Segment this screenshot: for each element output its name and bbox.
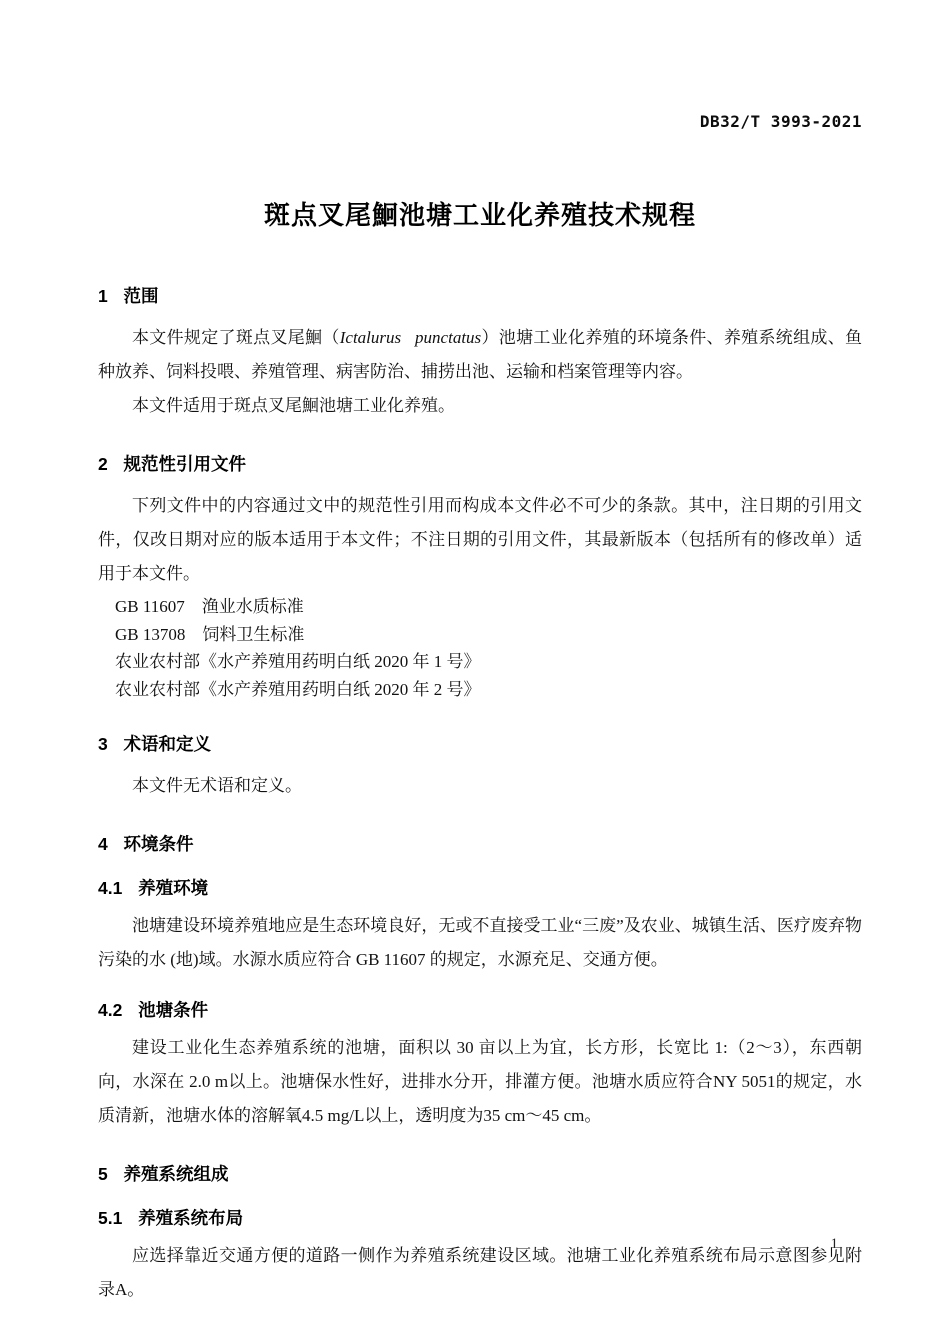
species-latin-name: Ictalurus punctatus xyxy=(340,328,481,347)
heading-breeding-system: 5养殖系统组成 xyxy=(98,1163,862,1185)
document-header: DB32/T 3993-2021 xyxy=(98,0,862,132)
clause-title: 环境条件 xyxy=(123,834,193,854)
reference-item: 农业农村部《水产养殖用药明白纸 2020 年 2 号》 xyxy=(98,676,862,704)
clause-number: 3 xyxy=(98,733,108,755)
page-number: 1 xyxy=(831,1236,839,1253)
paragraph-scope-1: 本文件规定了斑点叉尾鮰（Ictalurus punctatus）池塘工业化养殖的… xyxy=(98,321,862,389)
reference-item: 农业农村部《水产养殖用药明白纸 2020 年 1 号》 xyxy=(98,648,862,676)
scope-text-pre: 本文件规定了斑点叉尾鮰（ xyxy=(132,328,340,347)
document-content: DB32/T 3993-2021 斑点叉尾鮰池塘工业化养殖技术规程 1范围 本文… xyxy=(0,0,950,1307)
clause-title: 养殖系统组成 xyxy=(123,1164,228,1184)
clause-title: 范围 xyxy=(123,286,158,306)
subsection-system-layout: 5.1养殖系统布局 应选择靠近交通方便的道路一侧作为养殖系统建设区域。池塘工业化… xyxy=(98,1207,862,1307)
paragraph-breeding-environment: 池塘建设环境养殖地应是生态环境良好，无或不直接受工业“三废”及农业、城镇生活、医… xyxy=(98,909,862,977)
clause-title: 养殖环境 xyxy=(138,878,208,898)
subsection-breeding-environment: 4.1养殖环境 池塘建设环境养殖地应是生态环境良好，无或不直接受工业“三废”及农… xyxy=(98,877,862,977)
reference-list: GB 11607 渔业水质标准 GB 13708 饲料卫生标准 农业农村部《水产… xyxy=(98,593,862,703)
clause-number: 1 xyxy=(98,285,108,307)
clause-title: 术语和定义 xyxy=(123,734,211,754)
heading-scope: 1范围 xyxy=(98,285,862,307)
heading-breeding-environment: 4.1养殖环境 xyxy=(98,877,862,899)
clause-number: 5 xyxy=(98,1163,108,1185)
document-title: 斑点叉尾鮰池塘工业化养殖技术规程 xyxy=(98,200,862,231)
clause-number: 2 xyxy=(98,453,108,475)
subsection-pond-conditions: 4.2池塘条件 建设工业化生态养殖系统的池塘，面积以 30 亩以上为宜，长方形，… xyxy=(98,999,862,1133)
heading-normative-references: 2规范性引用文件 xyxy=(98,453,862,475)
heading-system-layout: 5.1养殖系统布局 xyxy=(98,1207,862,1229)
heading-environment: 4环境条件 xyxy=(98,833,862,855)
clause-title: 规范性引用文件 xyxy=(123,454,246,474)
reference-item: GB 11607 渔业水质标准 xyxy=(98,593,862,621)
section-scope: 1范围 本文件规定了斑点叉尾鮰（Ictalurus punctatus）池塘工业… xyxy=(98,285,862,423)
heading-terms: 3术语和定义 xyxy=(98,733,862,755)
section-terms: 3术语和定义 本文件无术语和定义。 xyxy=(98,733,862,803)
section-environment: 4环境条件 4.1养殖环境 池塘建设环境养殖地应是生态环境良好，无或不直接受工业… xyxy=(98,833,862,1133)
paragraph-scope-2: 本文件适用于斑点叉尾鮰池塘工业化养殖。 xyxy=(98,389,862,423)
document-page: DB32/T 3993-2021 斑点叉尾鮰池塘工业化养殖技术规程 1范围 本文… xyxy=(0,0,950,1344)
section-breeding-system: 5养殖系统组成 5.1养殖系统布局 应选择靠近交通方便的道路一侧作为养殖系统建设… xyxy=(98,1163,862,1307)
section-normative-references: 2规范性引用文件 下列文件中的内容通过文中的规范性引用而构成本文件必不可少的条款… xyxy=(98,453,862,703)
clause-number: 4.1 xyxy=(98,877,122,899)
paragraph-system-layout: 应选择靠近交通方便的道路一侧作为养殖系统建设区域。池塘工业化养殖系统布局示意图参… xyxy=(98,1239,862,1307)
clause-number: 5.1 xyxy=(98,1207,122,1229)
clause-number: 4 xyxy=(98,833,108,855)
paragraph-pond-conditions: 建设工业化生态养殖系统的池塘，面积以 30 亩以上为宜，长方形，长宽比 1:（2… xyxy=(98,1031,862,1133)
clause-title: 养殖系统布局 xyxy=(138,1208,243,1228)
paragraph-references-intro: 下列文件中的内容通过文中的规范性引用而构成本文件必不可少的条款。其中，注日期的引… xyxy=(98,489,862,591)
clause-number: 4.2 xyxy=(98,999,122,1021)
clause-title: 池塘条件 xyxy=(138,1000,208,1020)
paragraph-terms: 本文件无术语和定义。 xyxy=(98,769,862,803)
reference-item: GB 13708 饲料卫生标准 xyxy=(98,621,862,649)
standard-code: DB32/T 3993-2021 xyxy=(700,112,862,131)
heading-pond-conditions: 4.2池塘条件 xyxy=(98,999,862,1021)
